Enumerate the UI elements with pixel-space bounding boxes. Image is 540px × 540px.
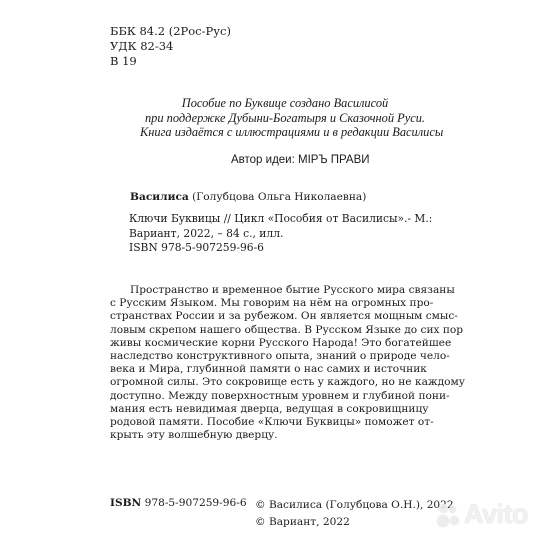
author-pseudonym: Василиса bbox=[130, 191, 189, 203]
copyright-notices: © Василиса (Голубцова О.Н.), 2022 © Вари… bbox=[255, 497, 454, 531]
paragraph-line: живы космические корни Русского Народа! … bbox=[110, 337, 426, 350]
isbn-number: 978-5-907259-96-6 bbox=[141, 497, 246, 509]
paragraph-line: мания есть невидимая дверца, ведущая в с… bbox=[110, 403, 426, 416]
book-author: Василиса (Голубцова Ольга Николаевна) bbox=[130, 191, 366, 203]
notice-line: Книга издаётся с иллюстрациями и в редак… bbox=[140, 125, 430, 140]
author-full-name: (Голубцова Ольга Николаевна) bbox=[189, 191, 367, 203]
paragraph-line: века и Мира, глубинной памяти о нас сами… bbox=[110, 363, 426, 376]
watermark-text: Avito bbox=[464, 499, 528, 530]
paragraph-line: доступно. Между поверхностным уровнем и … bbox=[110, 390, 426, 403]
notice-line: Пособие по Буквице создано Василисой bbox=[140, 96, 430, 111]
paragraph-line: странствах России и за рубежом. Он являе… bbox=[110, 310, 426, 323]
idea-author: Автор идеи: МIРЪ ПРАВИ bbox=[231, 153, 370, 167]
paragraph-line: родовой памяти. Пособие «Ключи Буквицы» … bbox=[110, 416, 426, 429]
isbn-label: ISBN bbox=[110, 497, 141, 509]
paragraph-line: с Русским Языком. Мы говорим на нём на о… bbox=[110, 297, 426, 310]
udk-code: УДК 82-34 bbox=[110, 39, 231, 54]
copyright-publisher: © Вариант, 2022 bbox=[255, 514, 454, 531]
paragraph-line: ловым скрепом нашего общества. В Русском… bbox=[110, 324, 426, 337]
title-line: Ключи Буквицы // Цикл «Пособия от Васили… bbox=[129, 212, 432, 227]
paragraph-line: Пространство и временное бытие Русского … bbox=[110, 284, 426, 297]
isbn-line: ISBN 978-5-907259-96-6 bbox=[129, 241, 432, 256]
paragraph-line: крыть эту волшебную дверцу. bbox=[110, 429, 426, 442]
book-imprint-page: ББК 84.2 (2Рос-Рус) УДК 82-34 В 19 Пособ… bbox=[0, 0, 540, 540]
paragraph-line: наследство конструктивного опыта, знаний… bbox=[110, 350, 426, 363]
classification-codes: ББК 84.2 (2Рос-Рус) УДК 82-34 В 19 bbox=[110, 24, 231, 69]
copyright-author: © Василиса (Голубцова О.Н.), 2022 bbox=[255, 497, 454, 514]
avito-watermark: Avito bbox=[436, 499, 528, 530]
italic-notice: Пособие по Буквице создано Василисой при… bbox=[140, 96, 430, 140]
avito-logo-icon bbox=[436, 502, 462, 528]
bibliographic-record: Ключи Буквицы // Цикл «Пособия от Васили… bbox=[129, 212, 432, 256]
footer-isbn: ISBN 978-5-907259-96-6 bbox=[110, 497, 247, 509]
publisher-line: Вариант, 2022, – 84 с., илл. bbox=[129, 227, 432, 242]
bbk-code: ББК 84.2 (2Рос-Рус) bbox=[110, 24, 231, 39]
notice-line: при поддержке Дубыни-Богатыря и Сказочно… bbox=[140, 111, 430, 126]
author-mark: В 19 bbox=[110, 54, 231, 69]
paragraph-line: огромной силы. Это сокровище есть у кажд… bbox=[110, 376, 426, 389]
annotation-paragraph: Пространство и временное бытие Русского … bbox=[110, 284, 426, 442]
